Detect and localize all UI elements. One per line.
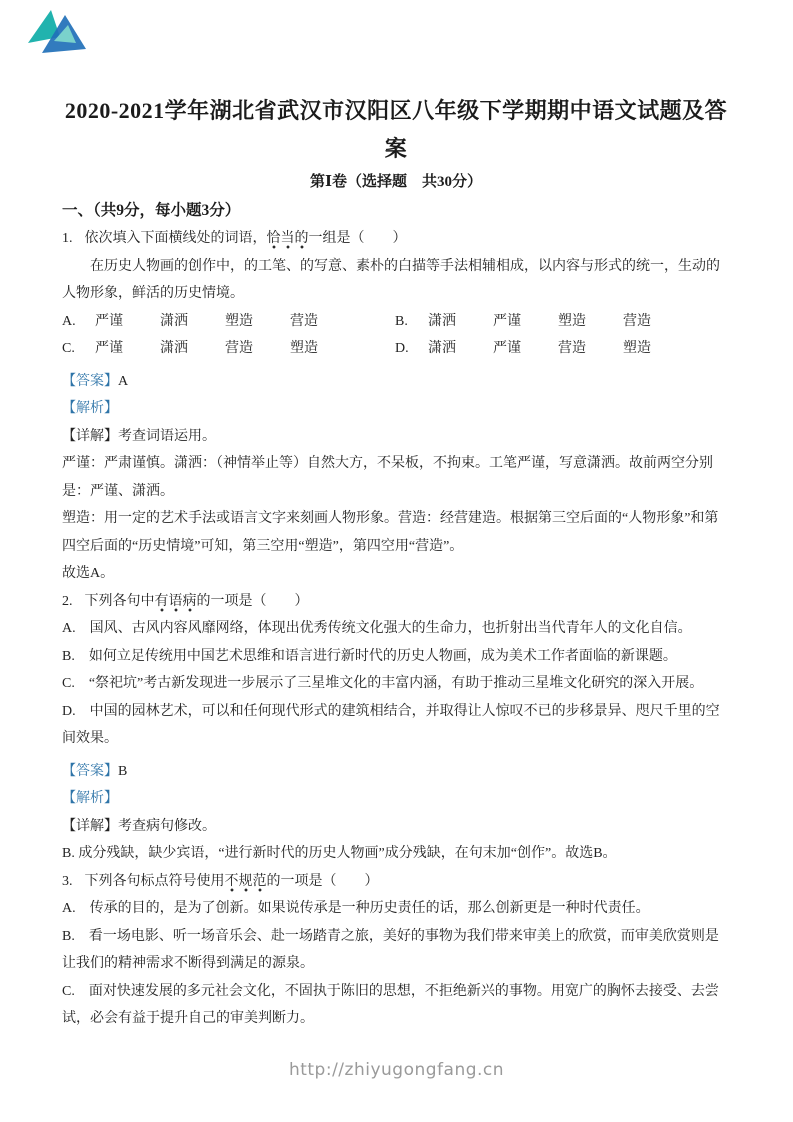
q1-detail-text: 考查词语运用。 xyxy=(118,429,216,444)
q3-number: 3. xyxy=(62,874,73,889)
q1-explanation-line: 塑造：用一定的艺术手法或语言文字来刻画人物形象。营造：经营建造。根据第三空后面的… xyxy=(62,505,730,560)
q1-options: A. 严谨 潇洒 塑造 营造 B. 潇洒 严谨 塑造 营造 C. 严谨 潇洒 营… xyxy=(62,308,730,363)
q3-option-b: B.看一场电影、听一场音乐会、赴一场踏青之旅，美好的事物为我们带来审美上的欣赏，… xyxy=(62,923,730,978)
option-word: 严谨 xyxy=(493,335,521,363)
q2-option-d: D.中国的园林艺术，可以和任何现代形式的建筑相结合，并取得让人惊叹不已的步移景异… xyxy=(62,698,730,753)
option-label: A. xyxy=(62,901,76,916)
q1-answer-line: 【答案】A xyxy=(62,368,730,396)
detail-label: 【详解】 xyxy=(62,819,118,834)
q1-conclusion: 故选A。 xyxy=(62,560,730,588)
q2-explanation-line: B. 成分残缺，缺少宾语，“进行新时代的历史人物画”成分残缺，在句末加“创作”。… xyxy=(62,840,730,868)
option-word: 塑造 xyxy=(290,335,318,363)
option-text: 中国的园林艺术，可以和任何现代形式的建筑相结合，并取得让人惊叹不已的步移景异、咫… xyxy=(62,704,720,747)
option-word: 塑造 xyxy=(558,308,586,336)
analysis-label: 【解析】 xyxy=(62,791,118,806)
option-label: B. xyxy=(395,308,413,336)
option-label: B. xyxy=(62,649,75,664)
option-word: 潇洒 xyxy=(428,335,456,363)
option-label: C. xyxy=(62,335,80,363)
q2-detail-text: 考查病句修改。 xyxy=(118,819,216,834)
option-text: 传承的目的，是为了创新。如果说传承是一种历史责任的话，那么创新更是一种时代责任。 xyxy=(90,901,650,916)
q1-option-b: B. 潇洒 严谨 塑造 营造 xyxy=(395,308,730,336)
q1-stem-emphasis: 恰当的 xyxy=(267,231,309,249)
q2-stem-pre: 下列各句中 xyxy=(85,594,155,609)
option-text: “祭祀坑”考古新发现进一步展示了三星堆文化的丰富内涵，有助于推动三星堆文化研究的… xyxy=(89,676,703,691)
q3-option-a: A.传承的目的，是为了创新。如果说传承是一种历史责任的话，那么创新更是一种时代责… xyxy=(62,895,730,923)
q3-stem-post: 的一项是（ ） xyxy=(267,874,379,889)
option-word: 潇洒 xyxy=(160,308,188,336)
option-label: C. xyxy=(62,676,75,691)
option-label: A. xyxy=(62,621,76,636)
option-word: 营造 xyxy=(290,308,318,336)
section-one-heading: 一、（共9分，每小题3分） xyxy=(62,197,730,225)
option-text: 如何立足传统用中国艺术思维和语言进行新时代的历史人物画，成为美术工作者面临的新课… xyxy=(89,649,677,664)
q3-stem-emphasis: 不规范 xyxy=(225,874,267,892)
option-label: D. xyxy=(62,704,76,719)
q2-option-a: A.国风、古风内容风靡网络，体现出优秀传统文化强大的生命力，也折射出当代青年人的… xyxy=(62,615,730,643)
q2-answer-line: 【答案】B xyxy=(62,758,730,786)
q2-stem-emphasis: 有语病 xyxy=(155,594,197,612)
q1-analysis-line: 【解析】 xyxy=(62,395,730,423)
q1-option-a: A. 严谨 潇洒 塑造 营造 xyxy=(62,308,395,336)
q1-answer-value: A xyxy=(118,374,128,389)
option-word: 塑造 xyxy=(225,308,253,336)
q2-stem: 2.下列各句中有语病的一项是（ ） xyxy=(62,588,730,616)
option-word: 塑造 xyxy=(623,335,651,363)
option-word: 严谨 xyxy=(95,308,123,336)
q2-option-b: B.如何立足传统用中国艺术思维和语言进行新时代的历史人物画，成为美术工作者面临的… xyxy=(62,643,730,671)
q2-answer-value: B xyxy=(118,764,127,779)
q1-stem-post: 一组是（ ） xyxy=(309,231,407,246)
answer-label: 【答案】 xyxy=(62,374,118,389)
option-text: 面对快速发展的多元社会文化，不固执于陈旧的思想，不拒绝新兴的事物。用宽广的胸怀去… xyxy=(62,984,719,1027)
volume-heading: 第Ⅰ卷（选择题 共30分） xyxy=(62,169,730,196)
option-word: 营造 xyxy=(623,308,651,336)
option-word: 严谨 xyxy=(95,335,123,363)
q2-option-c: C.“祭祀坑”考古新发现进一步展示了三星堆文化的丰富内涵，有助于推动三星堆文化研… xyxy=(62,670,730,698)
exam-document-page: { "brand": { "logo_color_primary": "#21b… xyxy=(0,0,793,1122)
q3-option-c: C.面对快速发展的多元社会文化，不固执于陈旧的思想，不拒绝新兴的事物。用宽广的胸… xyxy=(62,978,730,1033)
option-word: 潇洒 xyxy=(428,308,456,336)
option-word: 潇洒 xyxy=(160,335,188,363)
watermark-url: http://zhiyugongfang.cn xyxy=(0,1060,793,1080)
q2-stem-post: 的一项是（ ） xyxy=(197,594,309,609)
option-text: 看一场电影、听一场音乐会、赴一场踏青之旅，美好的事物为我们带来审美上的欣赏，而审… xyxy=(62,929,719,972)
q1-option-d: D. 潇洒 严谨 营造 塑造 xyxy=(395,335,730,363)
page-title: 2020-2021学年湖北省武汉市汉阳区八年级下学期期中语文试题及答案 xyxy=(62,92,730,168)
q1-passage: 在历史人物画的创作中，的工笔、的写意、素朴的白描等手法相辅相成，以内容与形式的统… xyxy=(62,253,730,308)
option-text: 国风、古风内容风靡网络，体现出优秀传统文化强大的生命力，也折射出当代青年人的文化… xyxy=(90,621,692,636)
q1-stem: 1.依次填入下面横线处的词语，恰当的一组是（ ） xyxy=(62,225,730,253)
option-label: B. xyxy=(62,929,75,944)
q2-detail-line: 【详解】考查病句修改。 xyxy=(62,813,730,841)
option-label: D. xyxy=(395,335,413,363)
q1-detail-line: 【详解】考查词语运用。 xyxy=(62,423,730,451)
option-word: 营造 xyxy=(558,335,586,363)
q3-stem: 3.下列各句标点符号使用不规范的一项是（ ） xyxy=(62,868,730,896)
option-label: A. xyxy=(62,308,80,336)
q3-stem-pre: 下列各句标点符号使用 xyxy=(85,874,225,889)
detail-label: 【详解】 xyxy=(62,429,118,444)
q2-number: 2. xyxy=(62,594,73,609)
q1-explanation-line: 严谨：严肃谨慎。潇洒：（神情举止等）自然大方，不呆板，不拘束。工笔严谨，写意潇洒… xyxy=(62,450,730,505)
option-label: C. xyxy=(62,984,75,999)
q1-stem-pre: 依次填入下面横线处的词语， xyxy=(85,231,267,246)
answer-label: 【答案】 xyxy=(62,764,118,779)
analysis-label: 【解析】 xyxy=(62,401,118,416)
q1-option-c: C. 严谨 潇洒 营造 塑造 xyxy=(62,335,395,363)
option-word: 严谨 xyxy=(493,308,521,336)
q1-number: 1. xyxy=(62,231,73,246)
option-word: 营造 xyxy=(225,335,253,363)
document-body: 2020-2021学年湖北省武汉市汉阳区八年级下学期期中语文试题及答案 第Ⅰ卷（… xyxy=(62,0,730,1033)
q2-analysis-line: 【解析】 xyxy=(62,785,730,813)
